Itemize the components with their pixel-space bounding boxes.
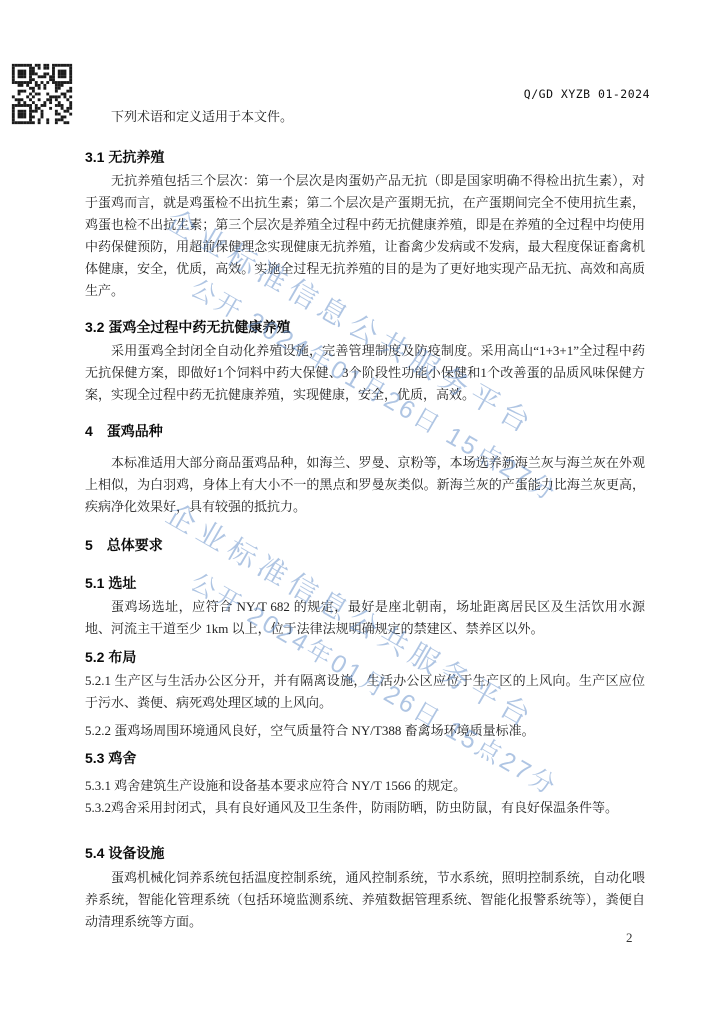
paragraph-4: 本标准适用大部分商品蛋鸡品种，如海兰、罗曼、京粉等，本场选养新海兰灰与海兰灰在外… [85,452,645,518]
paragraph-5-3-1: 5.3.1 鸡舍建筑生产设施和设备基本要求应符合 NY/T 1566 的规定。 [85,775,645,797]
paragraph-5-2-2: 5.2.2 蛋鸡场周围环境通风良好，空气质量符合 NY/T388 畜禽场环境质量… [85,720,645,742]
heading-5: 5 总体要求 [85,534,645,556]
document-page: Q/GD XYZB 01-2024 企业标准信息公共服务平台 公开 2024年0… [0,0,720,1018]
paragraph-3-1: 无抗养殖包括三个层次：第一个层次是肉蛋奶产品无抗（即是国家明确不得检出抗生素），… [85,170,645,302]
paragraph-5-2-1: 5.2.1 生产区与生活办公区分开，并有隔离设施，生活办公区应位于生产区的上风向… [85,670,645,714]
document-body: 下列术语和定义适用于本文件。 3.1 无抗养殖 无抗养殖包括三个层次：第一个层次… [85,106,645,933]
heading-4: 4 蛋鸡品种 [85,420,645,442]
paragraph-3-2: 采用蛋鸡全封闭全自动化养殖设施，完善管理制度及防疫制度。采用高山“1+3+1”全… [85,340,645,406]
heading-3-1: 3.1 无抗养殖 [85,146,645,168]
paragraph-5-3-2: 5.3.2鸡舍采用封闭式，具有良好通风及卫生条件，防雨防晒，防虫防鼠，有良好保温… [85,797,645,819]
standard-number: Q/GD XYZB 01-2024 [524,87,650,101]
heading-5-3: 5.3 鸡舍 [85,747,645,769]
heading-5-2: 5.2 布局 [85,646,645,668]
heading-5-4: 5.4 设备设施 [85,842,645,864]
intro-paragraph: 下列术语和定义适用于本文件。 [85,106,645,128]
heading-3-2: 3.2 蛋鸡全过程中药无抗健康养殖 [85,316,645,338]
qr-code [9,61,75,127]
heading-5-1: 5.1 选址 [85,572,645,594]
paragraph-5-1: 蛋鸡场选址，应符合 NY/T 682 的规定，最好是座北朝南，场址距离居民区及生… [85,596,645,640]
paragraph-5-4: 蛋鸡机械化饲养系统包括温度控制系统，通风控制系统，节水系统，照明控制系统，自动化… [85,867,645,933]
